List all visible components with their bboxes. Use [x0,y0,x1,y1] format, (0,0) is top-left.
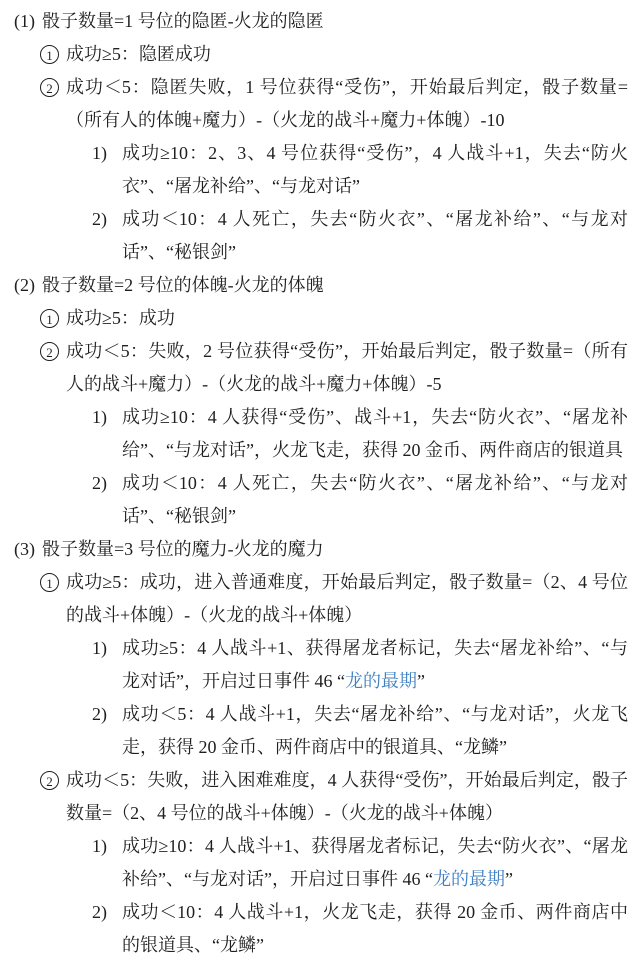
document-page: (1) 骰子数量=1 号位的隐匿-火龙的隐匿 1 成功≥5：隐匿成功 2 成功＜… [0,0,642,958]
step-marker: 1 [40,566,66,599]
circled-number-icon: 1 [40,309,59,328]
step-text: 成功≥5：成功 [66,302,628,335]
substep-item: 2) 成功＜10：4 人战斗+1，火龙飞走，获得 20 金币、两件商店中的银道具… [14,896,628,958]
step-text: 成功＜5：隐匿失败，1 号位获得“受伤”，开始最后判定，骰子数量=（所有人的体魄… [66,71,628,137]
step-text: 成功≥5：成功，进入普通难度，开始最后判定，骰子数量=（2、4 号位的战斗+体魄… [66,566,628,632]
substep-marker: 2) [92,203,122,236]
step-text: 成功＜5：失败，2 号位获得“受伤”，开始最后判定，骰子数量=（所有人的战斗+魔… [66,335,628,401]
section-title: 骰子数量=1 号位的隐匿-火龙的隐匿 [42,5,628,38]
step-item: 2 成功＜5：失败，进入困难难度，4 人获得“受伤”，开始最后判定，骰子数量=（… [14,764,628,830]
substep-text: 成功≥5：4 人战斗+1、获得屠龙者标记，失去“屠龙补给”、“与龙对话”，开启过… [122,632,628,698]
section: (1) 骰子数量=1 号位的隐匿-火龙的隐匿 1 成功≥5：隐匿成功 2 成功＜… [14,5,628,269]
substep-text-segment: ” [505,869,513,889]
section-marker: (1) [14,5,42,38]
step-item: 2 成功＜5：隐匿失败，1 号位获得“受伤”，开始最后判定，骰子数量=（所有人的… [14,71,628,137]
substep-marker: 1) [92,137,122,170]
section-heading: (1) 骰子数量=1 号位的隐匿-火龙的隐匿 [14,5,628,38]
step-item: 1 成功≥5：成功 [14,302,628,335]
circled-number-icon: 1 [40,45,59,64]
substep-text-segment: ” [417,671,425,691]
event-link[interactable]: 龙的最期 [345,671,417,691]
substep-text: 成功＜10：4 人死亡，失去“防火衣”、“屠龙补给”、“与龙对话”、“秘银剑” [122,203,628,269]
step-marker: 2 [40,71,66,104]
step-item: 1 成功≥5：成功，进入普通难度，开始最后判定，骰子数量=（2、4 号位的战斗+… [14,566,628,632]
substep-text: 成功≥10：4 人战斗+1、获得屠龙者标记，失去“防火衣”、“屠龙补给”、“与龙… [122,830,628,896]
event-link[interactable]: 龙的最期 [433,869,505,889]
step-marker: 2 [40,764,66,797]
substep-item: 2) 成功＜10：4 人死亡，失去“防火衣”、“屠龙补给”、“与龙对话”、“秘银… [14,203,628,269]
step-marker: 1 [40,38,66,71]
substep-text: 成功≥10：2、3、4 号位获得“受伤”，4 人战斗+1，失去“防火衣”、“屠龙… [122,137,628,203]
circled-number-icon: 2 [40,78,59,97]
section-title: 骰子数量=3 号位的魔力-火龙的魔力 [42,533,628,566]
section-marker: (3) [14,533,42,566]
substep-text: 成功＜10：4 人死亡，失去“防火衣”、“屠龙补给”、“与龙对话”、“秘银剑” [122,467,628,533]
section: (3) 骰子数量=3 号位的魔力-火龙的魔力 1 成功≥5：成功，进入普通难度，… [14,533,628,958]
substep-text-segment: 成功≥10：4 人战斗+1、获得屠龙者标记，失去“防火衣”、“屠龙补给”、“与龙… [122,836,628,889]
step-marker: 2 [40,335,66,368]
section-marker: (2) [14,269,42,302]
substep-marker: 1) [92,401,122,434]
circled-number-icon: 2 [40,771,59,790]
step-marker: 1 [40,302,66,335]
substep-item: 1) 成功≥10：4 人战斗+1、获得屠龙者标记，失去“防火衣”、“屠龙补给”、… [14,830,628,896]
substep-item: 1) 成功≥10：4 人获得“受伤”、战斗+1，失去“防火衣”、“屠龙补给”、“… [14,401,628,467]
substep-text: 成功＜5：4 人战斗+1，失去“屠龙补给”、“与龙对话”，火龙飞走，获得 20 … [122,698,628,764]
step-item: 1 成功≥5：隐匿成功 [14,38,628,71]
substep-marker: 2) [92,698,122,731]
substep-item: 1) 成功≥10：2、3、4 号位获得“受伤”，4 人战斗+1，失去“防火衣”、… [14,137,628,203]
section-heading: (3) 骰子数量=3 号位的魔力-火龙的魔力 [14,533,628,566]
step-item: 2 成功＜5：失败，2 号位获得“受伤”，开始最后判定，骰子数量=（所有人的战斗… [14,335,628,401]
substep-text: 成功＜10：4 人战斗+1，火龙飞走，获得 20 金币、两件商店中的银道具、“龙… [122,896,628,958]
circled-number-icon: 1 [40,573,59,592]
circled-number-icon: 2 [40,342,59,361]
step-text: 成功≥5：隐匿成功 [66,38,628,71]
step-text: 成功＜5：失败，进入困难难度，4 人获得“受伤”，开始最后判定，骰子数量=（2、… [66,764,628,830]
section-heading: (2) 骰子数量=2 号位的体魄-火龙的体魄 [14,269,628,302]
substep-text: 成功≥10：4 人获得“受伤”、战斗+1，失去“防火衣”、“屠龙补给”、“与龙对… [122,401,628,467]
section: (2) 骰子数量=2 号位的体魄-火龙的体魄 1 成功≥5：成功 2 成功＜5：… [14,269,628,533]
substep-marker: 2) [92,896,122,929]
substep-item: 2) 成功＜5：4 人战斗+1，失去“屠龙补给”、“与龙对话”，火龙飞走，获得 … [14,698,628,764]
substep-marker: 1) [92,632,122,665]
substep-item: 2) 成功＜10：4 人死亡，失去“防火衣”、“屠龙补给”、“与龙对话”、“秘银… [14,467,628,533]
section-title: 骰子数量=2 号位的体魄-火龙的体魄 [42,269,628,302]
substep-marker: 1) [92,830,122,863]
substep-item: 1) 成功≥5：4 人战斗+1、获得屠龙者标记，失去“屠龙补给”、“与龙对话”，… [14,632,628,698]
substep-marker: 2) [92,467,122,500]
